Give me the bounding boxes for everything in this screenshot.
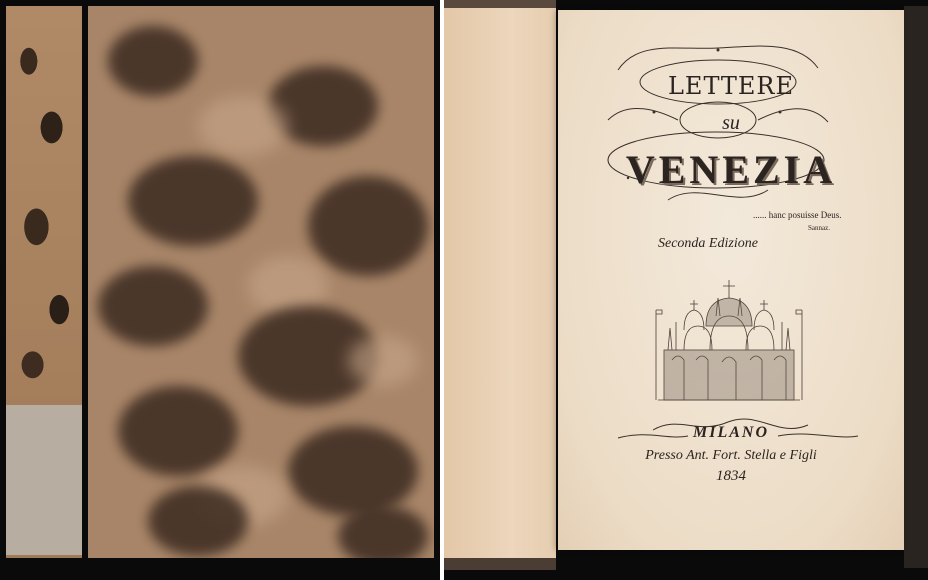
- book-edge-right: [904, 6, 928, 568]
- basilica-engraving-icon: [654, 270, 804, 405]
- edition-label: Seconda Edizione: [658, 236, 758, 252]
- endpaper: [444, 8, 556, 566]
- title-page-photo: LETTERE su VENEZIA ...... hanc posuisse …: [444, 0, 928, 580]
- imprint-year: 1834: [558, 468, 904, 485]
- title-line-lettere: LETTERE: [558, 72, 904, 100]
- imprint-city: MILANO: [558, 424, 904, 442]
- book-edge-bottom: [444, 558, 556, 570]
- book-cover-photo: [0, 0, 440, 580]
- imprint-printer: Presso Ant. Fort. Stella e Figli: [558, 448, 904, 464]
- title-page: LETTERE su VENEZIA ...... hanc posuisse …: [558, 10, 904, 550]
- spine-cloth-patch: [6, 405, 82, 555]
- title-line-su: su: [558, 112, 904, 135]
- marbled-cover-board: [88, 6, 434, 558]
- epigraph: ...... hanc posuisse Deus.: [753, 210, 842, 220]
- title-line-venezia: VENEZIA: [558, 146, 904, 193]
- epigraph-author: Sannaz.: [808, 224, 830, 232]
